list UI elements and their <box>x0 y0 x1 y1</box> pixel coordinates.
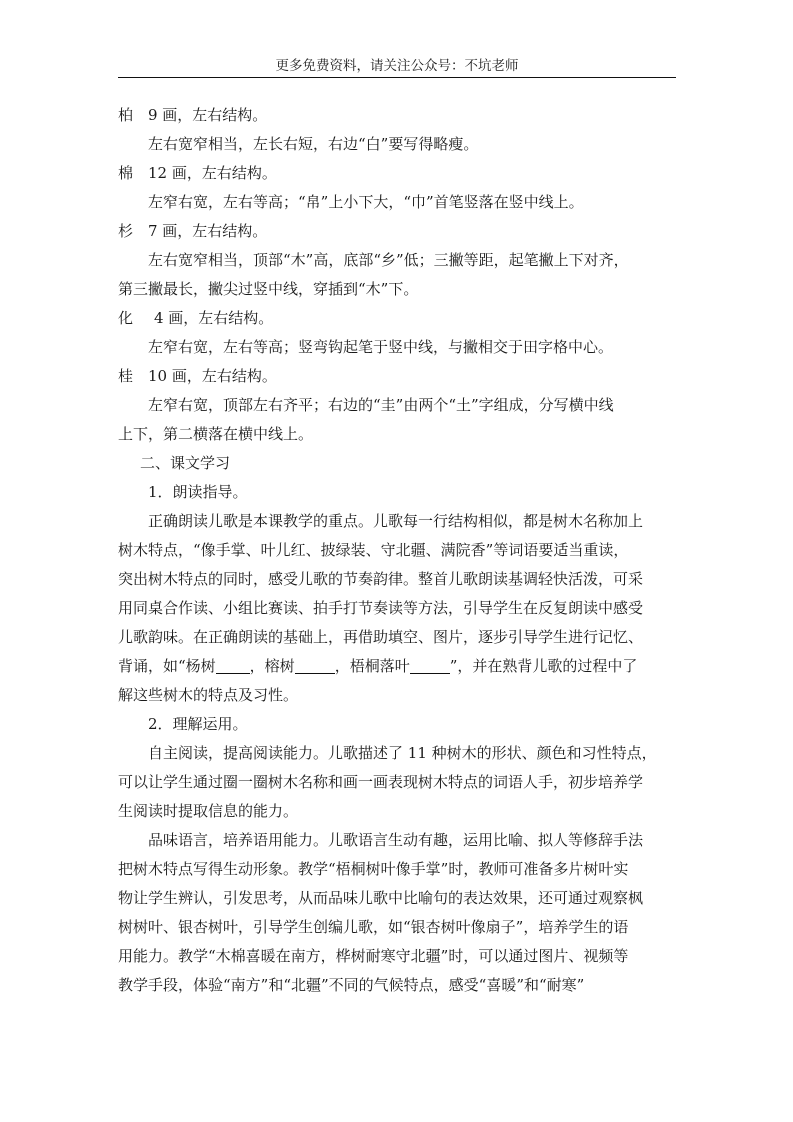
character-note-line: 第三撇最长，撇尖过竖中线，穿插到“木”下。 <box>118 275 678 304</box>
paragraph-line: 把树木特点写得生动形象。教学“梧桐树叶像手掌”时，教师可准备多片树叶实 <box>118 855 678 884</box>
paragraph-line: 教学手段，体验“南方”和“北疆”不同的气候特点，感受“喜暖”和“耐寒” <box>118 971 678 1000</box>
fill-text-4: ”，并在熟背儿歌的过程中了 <box>450 657 638 675</box>
character-note-line: 上下，第二横落在横中线上。 <box>118 420 678 449</box>
blank-underline <box>295 656 335 674</box>
character-info: 7 画，左右结构。 <box>148 222 267 240</box>
fill-text-3: ，梧桐落叶 <box>335 657 410 675</box>
document-body: 柏9 画，左右结构。 左右宽窄相当，左长右短，右边“白”要写得略瘦。 棉12 画… <box>118 101 678 1000</box>
character-info: 10 画，左右结构。 <box>148 367 277 385</box>
fill-text-1: 背诵，如“杨树 <box>118 657 216 675</box>
character-entry-gui: 桂10 画，左右结构。 <box>118 362 678 391</box>
paragraph-line: 生阅读时提取信息的能力。 <box>118 797 678 826</box>
character-note: 左窄右宽，左右等高；“帛”上小下大，“巾”首笔竖落在竖中线上。 <box>118 188 678 217</box>
character-label: 柏 <box>118 101 148 130</box>
character-note-line: 左窄右宽，顶部左右齐平；右边的“圭”由两个“土”字组成，分写横中线 <box>118 391 678 420</box>
character-note: 左窄右宽，左右等高；竖弯钩起笔于竖中线，与撇相交于田字格中心。 <box>118 333 678 362</box>
paragraph-line: 儿歌韵味。在正确朗读的基础上，再借助填空、图片，逐步引导学生进行记忆、 <box>118 623 678 652</box>
fill-in-blank-line: 背诵，如“杨树，榕树，梧桐落叶”，并在熟背儿歌的过程中了 <box>118 652 678 681</box>
blank-underline <box>410 656 450 674</box>
character-entry-hua: 化4 画，左右结构。 <box>118 304 678 333</box>
paragraph-line: 树木特点，“像手掌、叶儿红、披绿装、守北疆、满院香”等词语要适当重读， <box>118 536 678 565</box>
paragraph-line: 正确朗读儿歌是本课教学的重点。儿歌每一行结构相似，都是树木名称加上 <box>118 507 678 536</box>
character-note-line: 左右宽窄相当，顶部“木”高，底部“乡”低；三撇等距，起笔撇上下对齐， <box>118 246 678 275</box>
character-entry-bai: 柏9 画，左右结构。 <box>118 101 678 130</box>
header-divider <box>118 77 676 78</box>
paragraph-line: 突出树木特点的同时，感受儿歌的节奏韵律。整首儿歌朗读基调轻快活泼，可采 <box>118 565 678 594</box>
paragraph-line: 自主阅读，提高阅读能力。儿歌描述了 11 种树木的形状、颜色和习性特点， <box>118 739 678 768</box>
section-heading: 二、课文学习 <box>118 449 678 478</box>
paragraph-line: 解这些树木的特点及习性。 <box>118 681 678 710</box>
character-info: 9 画，左右结构。 <box>148 106 267 124</box>
character-info: 12 画，左右结构。 <box>148 164 277 182</box>
page-header: 更多免费资料，请关注公众号：不坑老师 <box>118 57 676 75</box>
character-entry-shan: 杉7 画，左右结构。 <box>118 217 678 246</box>
paragraph-line: 可以让学生通过圈一圈树木名称和画一画表现树木特点的词语人手，初步培养学 <box>118 768 678 797</box>
subsection-heading: 1．朗读指导。 <box>118 478 678 507</box>
blank-underline <box>216 656 250 674</box>
character-info: 4 画，左右结构。 <box>154 309 273 327</box>
paragraph-line: 用能力。教学“木棉喜暖在南方，桦树耐寒守北疆”时，可以通过图片、视频等 <box>118 942 678 971</box>
header-text: 更多免费资料，请关注公众号：不坑老师 <box>276 58 519 74</box>
paragraph-line: 用同桌合作读、小组比赛读、拍手打节奏读等方法，引导学生在反复朗读中感受 <box>118 594 678 623</box>
paragraph-line: 物让学生辨认，引发思考，从而品味儿歌中比喻句的表达效果，还可通过观察枫 <box>118 884 678 913</box>
subsection-heading: 2．理解运用。 <box>118 710 678 739</box>
character-label: 桂 <box>118 362 148 391</box>
paragraph-line: 树树叶、银杏树叶，引导学生创编儿歌，如“银杏树叶像扇子”，培养学生的语 <box>118 913 678 942</box>
paragraph-line: 品味语言，培养语用能力。儿歌语言生动有趣，运用比喻、拟人等修辞手法 <box>118 826 678 855</box>
character-entry-mian: 棉12 画，左右结构。 <box>118 159 678 188</box>
fill-text-2: ，榕树 <box>250 657 295 675</box>
character-label: 化 <box>118 304 154 333</box>
character-label: 杉 <box>118 217 148 246</box>
character-label: 棉 <box>118 159 148 188</box>
character-note: 左右宽窄相当，左长右短，右边“白”要写得略瘦。 <box>118 130 678 159</box>
